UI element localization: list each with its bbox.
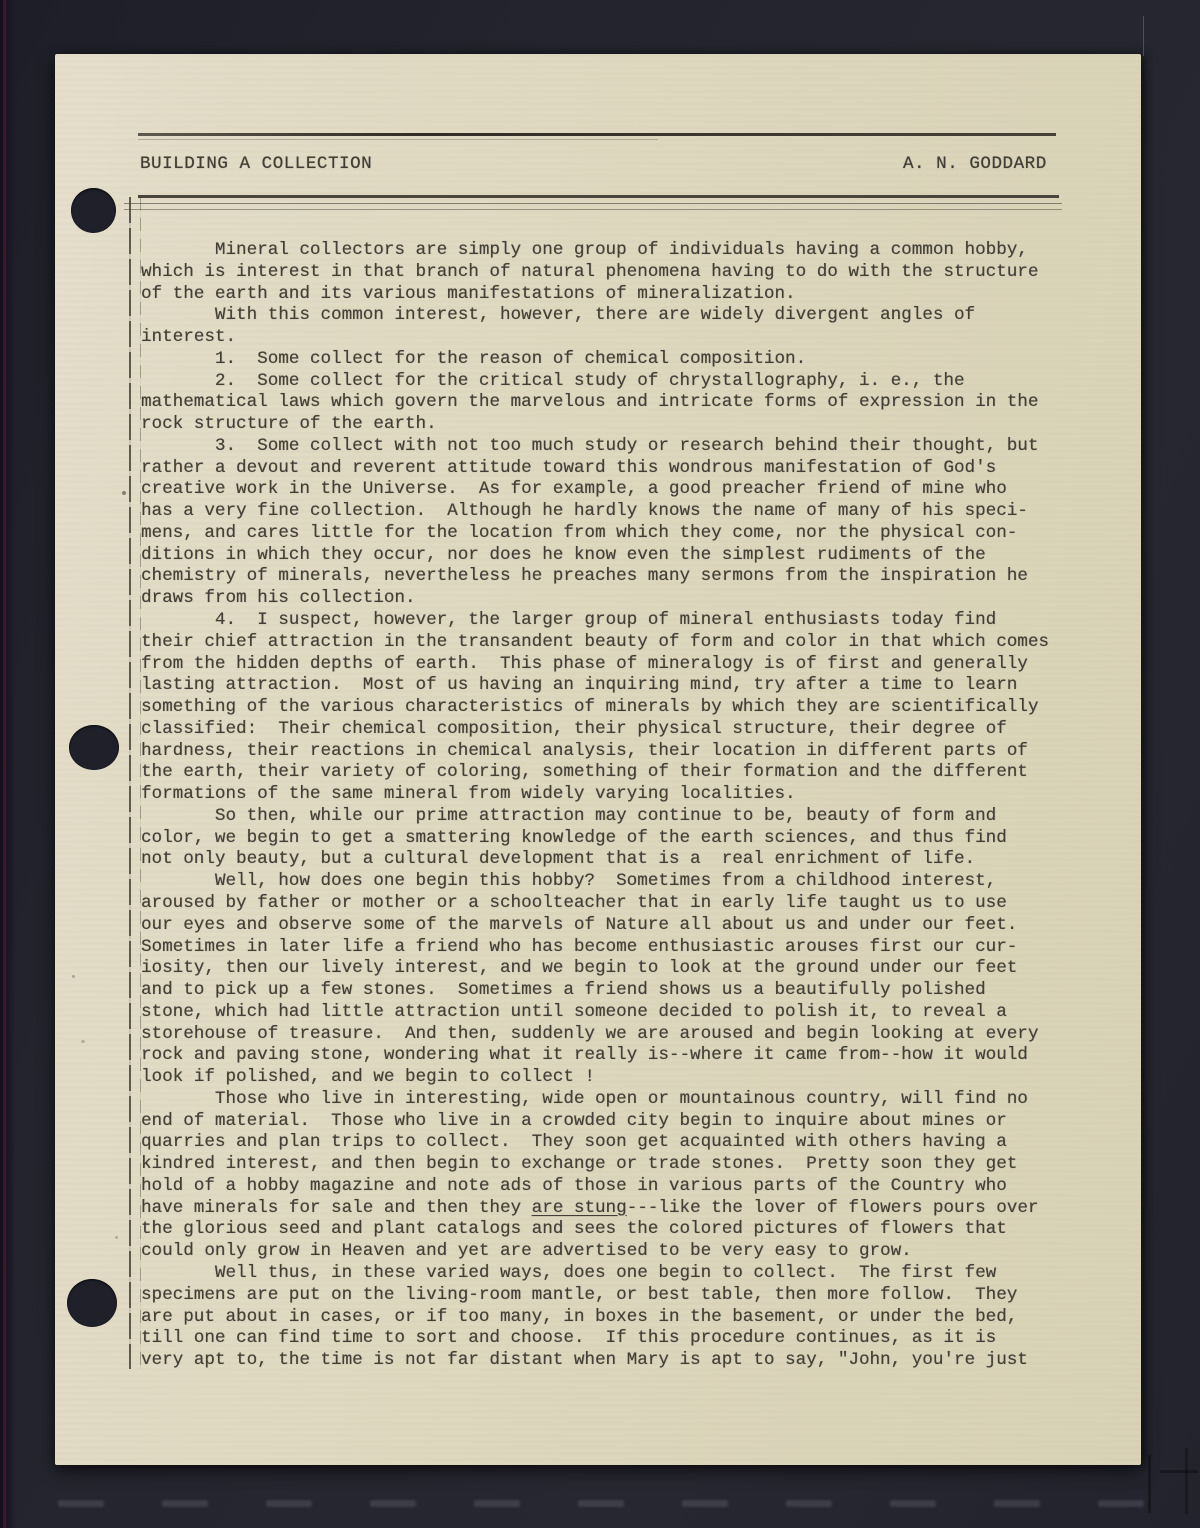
film-edge-dash bbox=[58, 1500, 104, 1507]
typed-line: creative work in the Universe. As for ex… bbox=[141, 479, 1061, 501]
typed-line: are put about in cases, or if too many, … bbox=[141, 1307, 1061, 1329]
typed-line: the glorious seed and plant catalogs and… bbox=[141, 1219, 1061, 1241]
typed-line: and to pick up a few stones. Sometimes a… bbox=[141, 980, 1061, 1002]
film-edge-dash bbox=[578, 1500, 624, 1507]
paper-speck bbox=[72, 975, 75, 978]
punch-hole-top bbox=[71, 188, 116, 233]
typed-line: aroused by father or mother or a schoolt… bbox=[141, 893, 1061, 915]
film-edge-dash bbox=[370, 1500, 416, 1507]
typed-line: look if polished, and we begin to collec… bbox=[141, 1067, 1061, 1089]
punch-hole-bottom bbox=[67, 1279, 117, 1327]
typed-line: storehouse of treasure. And then, sudden… bbox=[141, 1024, 1061, 1046]
typed-line: classified: Their chemical composition, … bbox=[141, 719, 1061, 741]
typed-line: 1. Some collect for the reason of chemic… bbox=[141, 349, 1061, 371]
typed-line: kindred interest, and then begin to exch… bbox=[141, 1154, 1061, 1176]
scanned-page: BUILDING A COLLECTION A. N. GODDARD Mine… bbox=[55, 54, 1141, 1465]
left-margin-rule-outer bbox=[129, 197, 131, 1369]
typed-line: stone, which had little attraction until… bbox=[141, 1002, 1061, 1024]
film-edge-dash bbox=[890, 1500, 936, 1507]
paper-speck bbox=[122, 491, 126, 495]
typed-line: very apt to, the time is not far distant… bbox=[141, 1350, 1061, 1372]
film-edge-dash bbox=[474, 1500, 520, 1507]
binder-red-edge-line bbox=[3, 0, 6, 1528]
typed-body-text: Mineral collectors are simply one group … bbox=[141, 240, 1061, 1372]
typed-line: quarries and plan trips to collect. They… bbox=[141, 1132, 1061, 1154]
typed-line: interest. bbox=[141, 327, 1061, 349]
header-top-rule-echo bbox=[138, 139, 658, 140]
film-edge-dash bbox=[162, 1500, 208, 1507]
underlined-phrase: are stung bbox=[532, 1198, 627, 1218]
typed-line: With this common interest, however, ther… bbox=[141, 305, 1061, 327]
typed-line: chemistry of minerals, nevertheless he p… bbox=[141, 566, 1061, 588]
typed-line: rock structure of the earth. bbox=[141, 414, 1061, 436]
typed-line: formations of the same mineral from wide… bbox=[141, 784, 1061, 806]
background-relief-mark bbox=[1148, 1455, 1177, 1513]
typed-line: till one can find time to sort and choos… bbox=[141, 1328, 1061, 1350]
typed-line: could only grow in Heaven and yet are ad… bbox=[141, 1241, 1061, 1263]
typed-line: our eyes and observe some of the marvels… bbox=[141, 915, 1061, 937]
text-segment: have minerals for sale and then they bbox=[141, 1198, 532, 1218]
typed-line: the earth, their variety of coloring, so… bbox=[141, 762, 1061, 784]
punch-hole-middle bbox=[69, 725, 119, 770]
background-relief-mark bbox=[1185, 1448, 1188, 1514]
typed-line: rather a devout and reverent attitude to… bbox=[141, 458, 1061, 480]
header-bottom-rule-1 bbox=[138, 195, 1059, 198]
typed-line: which is interest in that branch of natu… bbox=[141, 262, 1061, 284]
header-bottom-rule-3 bbox=[124, 209, 1062, 210]
typed-line: iosity, then our lively interest, and we… bbox=[141, 958, 1061, 980]
typed-line: mens, and cares little for the location … bbox=[141, 523, 1061, 545]
typed-line: Well, how does one begin this hobby? Som… bbox=[141, 871, 1061, 893]
typed-line: end of material. Those who live in a cro… bbox=[141, 1111, 1061, 1133]
scan-background: { "page_header": { "title": "BUILDING A … bbox=[0, 0, 1200, 1528]
typed-line: from the hidden depths of earth. This ph… bbox=[141, 654, 1061, 676]
typed-line: hardness, their reactions in chemical an… bbox=[141, 741, 1061, 763]
page-title: BUILDING A COLLECTION bbox=[140, 154, 372, 174]
paper-speck bbox=[81, 1040, 85, 1043]
typed-line: lasting attraction. Most of us having an… bbox=[141, 675, 1061, 697]
film-edge-dash bbox=[682, 1500, 728, 1507]
typed-line: specimens are put on the living-room man… bbox=[141, 1285, 1061, 1307]
background-relief-mark bbox=[1160, 1470, 1198, 1473]
text-segment: ---like the lover of flowers pours over bbox=[627, 1198, 1039, 1218]
typed-line: color, we begin to get a smattering know… bbox=[141, 828, 1061, 850]
header-top-rule bbox=[138, 133, 1056, 136]
film-edge-dash bbox=[786, 1500, 832, 1507]
typed-line: So then, while our prime attraction may … bbox=[141, 806, 1061, 828]
paper-speck bbox=[115, 1236, 118, 1239]
film-edge-dash bbox=[266, 1500, 312, 1507]
film-edge-dash bbox=[994, 1500, 1040, 1507]
typed-line: have minerals for sale and then they are… bbox=[141, 1198, 1061, 1220]
typed-line: rock and paving stone, wondering what it… bbox=[141, 1045, 1061, 1067]
typed-line: their chief attraction in the transanden… bbox=[141, 632, 1061, 654]
film-edge-dash bbox=[1098, 1500, 1144, 1507]
typed-line: ditions in which they occur, nor does he… bbox=[141, 545, 1061, 567]
typed-line: Well thus, in these varied ways, does on… bbox=[141, 1263, 1061, 1285]
typed-line: of the earth and its various manifestati… bbox=[141, 284, 1061, 306]
page-author: A. N. GODDARD bbox=[903, 154, 1047, 174]
typed-line: mathematical laws which govern the marve… bbox=[141, 392, 1061, 414]
typed-line: hold of a hobby magazine and note ads of… bbox=[141, 1176, 1061, 1198]
typed-line: 2. Some collect for the critical study o… bbox=[141, 371, 1061, 393]
typed-line: 3. Some collect with not too much study … bbox=[141, 436, 1061, 458]
typed-line: not only beauty, but a cultural developm… bbox=[141, 849, 1061, 871]
typed-line: 4. I suspect, however, the larger group … bbox=[141, 610, 1061, 632]
typed-line: something of the various characteristics… bbox=[141, 697, 1061, 719]
typed-line: Sometimes in later life a friend who has… bbox=[141, 937, 1061, 959]
scan-scratch bbox=[1143, 16, 1144, 56]
typed-line: Those who live in interesting, wide open… bbox=[141, 1089, 1061, 1111]
typed-line: draws from his collection. bbox=[141, 588, 1061, 610]
typed-line: has a very fine collection. Although he … bbox=[141, 501, 1061, 523]
header-bottom-rule-2 bbox=[124, 203, 1062, 204]
typed-line: Mineral collectors are simply one group … bbox=[141, 240, 1061, 262]
